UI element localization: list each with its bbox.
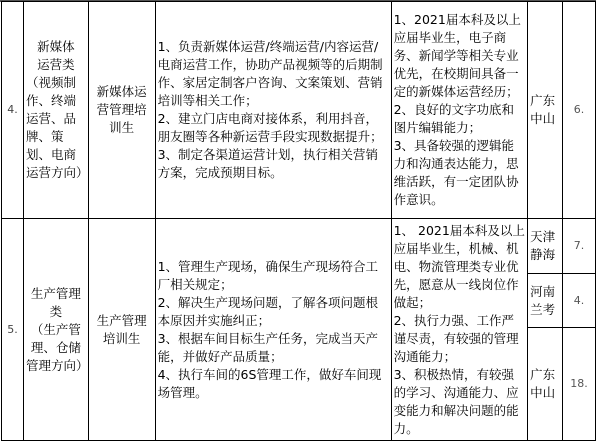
requirement-item: 3、积极热情，有较强的学习、沟通能力、应变能力和解决问题的能力。 — [394, 366, 526, 438]
table-row: 4. 新媒体 运营类 （视频制作、终端运营、品牌、策划、电商运营方向） 新媒体运… — [2, 2, 596, 219]
requirement-item: 2、良好的文字功底和图片编辑能力； — [394, 101, 526, 137]
headcount: 4. — [563, 274, 596, 328]
table-row: 5. 生产管理类 （生产管理、仓储管理方向） 生产管理培训生 1、管理生产现场，… — [2, 219, 596, 274]
work-location: 天津静海 — [528, 219, 563, 274]
row-number: 5. — [2, 219, 24, 441]
job-duties: 1、管理生产现场，确保生产现场符合工厂相关规定； 2、解决生产现场问题，了解各项… — [155, 219, 391, 441]
requirement-item: 2、执行力强、工作严谨尽责，有较强的管理沟通能力； — [394, 312, 526, 366]
position-name: 新媒体运营管理培训生 — [88, 2, 155, 219]
requirement-item: 3、具备较强的逻辑能力和沟通表达能力，思维活跃，有一定团队协作意识。 — [394, 137, 526, 209]
headcount: 18. — [563, 328, 596, 441]
job-requirements: 1、2021届本科及以上应届毕业生，电子商务、新闻学等相关专业优先，在校期间具备… — [391, 2, 528, 219]
work-location: 河南兰考 — [528, 274, 563, 328]
work-location: 广东中山 — [528, 2, 563, 219]
duty-item: 1、管理生产现场，确保生产现场符合工厂相关规定； — [158, 258, 389, 294]
job-category: 新媒体 运营类 （视频制作、终端运营、品牌、策划、电商运营方向） — [23, 2, 88, 219]
headcount: 7. — [563, 219, 596, 274]
job-category: 生产管理类 （生产管理、仓储管理方向） — [23, 219, 88, 441]
job-requirements: 1、 2021届本科及以上应届毕业生，机械、机电、物流管理类专业优先，愿意从一线… — [391, 219, 528, 441]
headcount: 6. — [563, 2, 596, 219]
requirement-item: 1、2021届本科及以上应届毕业生，电子商务、新闻学等相关专业优先，在校期间具备… — [394, 11, 526, 101]
duty-item: 1、负责新媒体运营/终端运营/内容运营/电商运营工作，协助产品视频等的后期制作、… — [158, 38, 389, 110]
requirement-item: 1、 2021届本科及以上应届毕业生，机械、机电、物流管理类专业优先，愿意从一线… — [394, 222, 526, 312]
duty-item: 3、制定各渠道运营计划，执行相关营销方案，完成预期目标。 — [158, 146, 389, 182]
position-name: 生产管理培训生 — [88, 219, 155, 441]
duty-item: 4、执行车间的6S管理工作，做好车间现场管理。 — [158, 366, 389, 402]
duty-item: 2、建立门店电商对接体系，利用抖音，朋友圈等各种新运营手段实现数据提升； — [158, 110, 389, 146]
duty-item: 2、解决生产现场问题，了解各项问题根本原因并实施纠正； — [158, 294, 389, 330]
work-location: 广东中山 — [528, 328, 563, 441]
duty-item: 3、根据车间目标生产任务，完成当天产能，并做好产品质量； — [158, 330, 389, 366]
recruitment-table: 4. 新媒体 运营类 （视频制作、终端运营、品牌、策划、电商运营方向） 新媒体运… — [1, 1, 596, 441]
job-duties: 1、负责新媒体运营/终端运营/内容运营/电商运营工作，协助产品视频等的后期制作、… — [155, 2, 391, 219]
row-number: 4. — [2, 2, 24, 219]
